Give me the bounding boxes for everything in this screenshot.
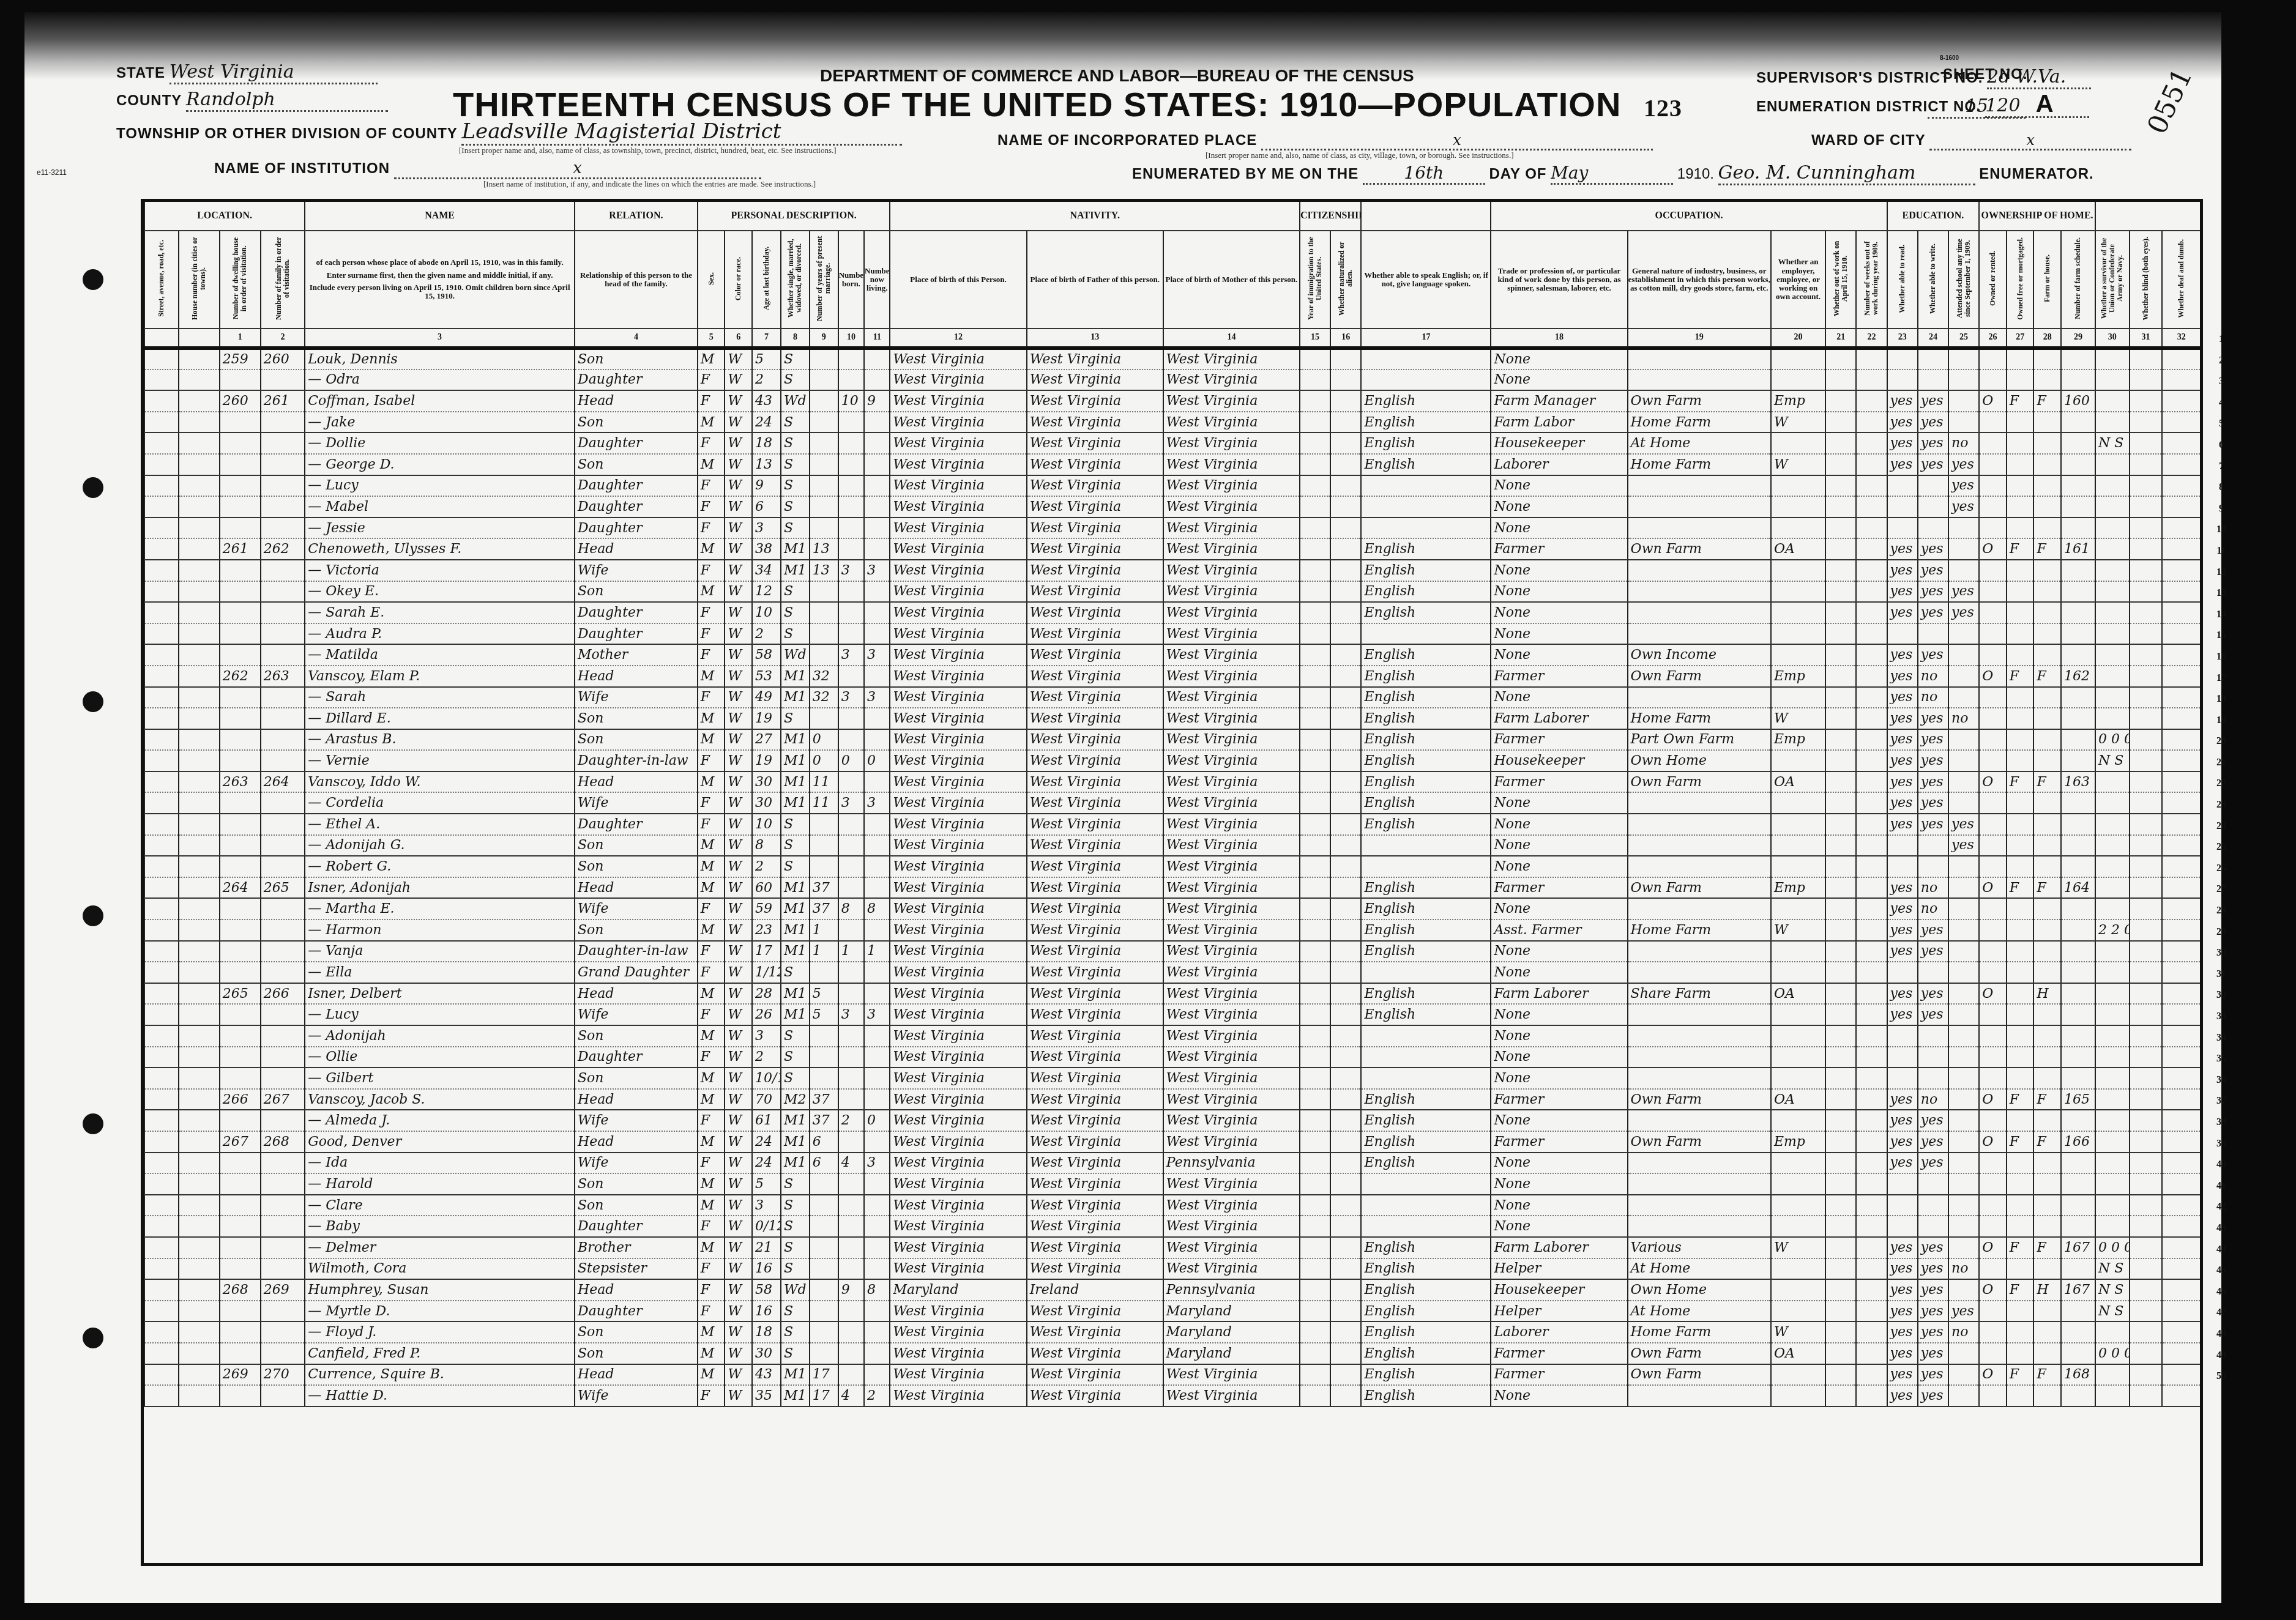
cell-bp: West Virginia [890,983,1026,1005]
cell-read: yes [1887,581,1918,603]
cell-living [864,1321,890,1343]
cell-bpm: West Virginia [1163,496,1300,518]
cell-age: 18 [752,1321,781,1343]
cell-living [864,433,890,454]
cell-write: yes [1918,792,1948,814]
cell-age: 53 [752,666,781,687]
cell-color: W [725,518,752,539]
cell-fh [2033,1110,2061,1131]
cell-trade: Farm Laborer [1491,983,1627,1005]
cell-bpf: West Virginia [1027,983,1163,1005]
cell-industry [1628,1047,1771,1068]
cell-oow [1825,856,1856,877]
cell-own [1979,1321,2007,1343]
line-number: 23 [2209,795,2234,816]
cell-own [1979,1047,2007,1068]
cell-house [179,1131,220,1153]
cell-write: yes [1918,1321,1948,1343]
cell-bpf: West Virginia [1027,708,1163,729]
table-row: — Myrtle D.DaughterFW16SWest VirginiaWes… [144,1301,2200,1322]
cell-living: 9 [864,390,890,412]
cell-codes [2095,1173,2130,1195]
cell-family [261,623,305,645]
cell-age: 19 [752,708,781,729]
cell-bp: West Virginia [890,687,1026,708]
cell-relation: Head [575,1364,698,1386]
table-row: — HaroldSonMW5SWest VirginiaWest Virgini… [144,1173,2200,1195]
cell-emp [1771,370,1825,391]
cell-sched [2061,1385,2095,1406]
cell-bpm: West Virginia [1163,1089,1300,1110]
cell-deaf [2162,771,2200,793]
cell-bpf: West Virginia [1027,835,1163,856]
cell-industry: Own Farm [1628,877,1771,899]
line-number: 38 [2209,1112,2234,1134]
cell-read: yes [1887,1153,1918,1174]
cell-house [179,666,220,687]
cell-dwelling [220,750,261,771]
cell-industry [1628,581,1771,603]
cell-born [838,370,864,391]
cell-industry [1628,792,1771,814]
cell-born [838,962,864,983]
cell-yrs [810,1068,838,1089]
cell-write: yes [1918,920,1948,941]
cell-deaf [2162,1068,2200,1089]
column-number: 4 [575,329,698,348]
cell-bpm: West Virginia [1163,687,1300,708]
group-occupation: OCCUPATION. [1491,202,1887,231]
cell-nat [1330,1089,1361,1110]
cell-read [1887,370,1918,391]
cell-own [1979,454,2007,475]
cell-mort [2007,644,2034,666]
cell-imm [1300,1321,1330,1343]
cell-living [864,729,890,751]
cell-bpm: West Virginia [1163,1047,1300,1068]
cell-mort [2007,475,2034,497]
cell-school: yes [1948,475,1979,497]
cell-weeks [1856,623,1887,645]
line-number: 7 [2209,456,2234,478]
cell-street [144,708,179,729]
cell-lang: English [1361,687,1491,708]
cell-street [144,750,179,771]
cell-age: 16 [752,1258,781,1280]
cell-living [864,1364,890,1386]
cell-trade: None [1491,623,1627,645]
cell-age: 24 [752,412,781,433]
cell-codes: N S [2095,1258,2130,1280]
cell-name: — Adonijah G. [305,835,575,856]
cell-relation: Son [575,454,698,475]
cell-nat [1330,1131,1361,1153]
cell-lang: English [1361,1301,1491,1322]
cell-sched [2061,1025,2095,1047]
cell-family [261,1321,305,1343]
cell-blind [2130,1364,2163,1386]
cell-bp: West Virginia [890,941,1026,962]
cell-color: W [725,1173,752,1195]
cell-color: W [725,496,752,518]
cell-blind [2130,729,2163,751]
cell-bp: West Virginia [890,1343,1026,1364]
cell-imm [1300,390,1330,412]
cell-living [864,1089,890,1110]
column-number: 3 [305,329,575,348]
cell-born [838,475,864,497]
cell-weeks [1856,1025,1887,1047]
cell-yrs [810,1258,838,1280]
cell-read: yes [1887,920,1918,941]
cell-house [179,1110,220,1131]
cell-sched [2061,623,2095,645]
cell-yrs: 6 [810,1131,838,1153]
cell-street [144,1321,179,1343]
cell-trade: Housekeeper [1491,750,1627,771]
cell-fh: F [2033,538,2061,560]
cell-bpf: West Virginia [1027,348,1163,370]
cell-bpm: Maryland [1163,1301,1300,1322]
cell-codes [2095,1131,2130,1153]
cell-street [144,496,179,518]
cell-born [838,1068,864,1089]
cell-bpf: West Virginia [1027,644,1163,666]
cell-weeks [1856,898,1887,920]
cell-name: — George D. [305,454,575,475]
day-of-label: DAY OF [1489,166,1546,182]
cell-trade: Farmer [1491,1131,1627,1153]
cell-lang: English [1361,560,1491,581]
cell-emp [1771,814,1825,835]
cell-mort [2007,496,2034,518]
cell-born [838,1131,864,1153]
cell-house [179,1237,220,1258]
cell-dwelling [220,518,261,539]
cell-bpm: West Virginia [1163,348,1300,370]
cell-trade: None [1491,602,1627,623]
cell-own [1979,1195,2007,1216]
cell-living [864,412,890,433]
cell-oow [1825,1004,1856,1025]
cell-write: yes [1918,1258,1948,1280]
cell-family [261,475,305,497]
cell-house [179,835,220,856]
cell-emp [1771,518,1825,539]
cell-school: no [1948,1258,1979,1280]
cell-oow [1825,390,1856,412]
cell-mort [2007,792,2034,814]
cell-codes [2095,1153,2130,1174]
col-trade: Trade or profession of, or particular ki… [1491,231,1627,329]
cell-dwelling [220,496,261,518]
column-number: 21 [1825,329,1856,348]
cell-house [179,370,220,391]
cell-industry [1628,898,1771,920]
cell-color: W [725,1110,752,1131]
cell-name: — Hattie D. [305,1385,575,1406]
cell-blind [2130,560,2163,581]
cell-dwelling [220,454,261,475]
cell-fh [2033,412,2061,433]
cell-nat [1330,348,1361,370]
cell-lang: English [1361,1343,1491,1364]
cell-school [1948,1237,1979,1258]
cell-bpf: West Virginia [1027,1025,1163,1047]
cell-codes [2095,370,2130,391]
line-number: 1 [2209,329,2234,351]
cell-deaf [2162,518,2200,539]
line-number: 31 [2209,964,2234,986]
cell-own [1979,1385,2007,1406]
cell-industry [1628,602,1771,623]
cell-fh [2033,708,2061,729]
cell-bpf: West Virginia [1027,1089,1163,1110]
cell-school [1948,1025,1979,1047]
cell-emp [1771,644,1825,666]
cell-lang: English [1361,1110,1491,1131]
cell-nat [1330,856,1361,877]
cell-imm [1300,687,1330,708]
cell-codes [2095,1089,2130,1110]
line-number: 37 [2209,1091,2234,1112]
cell-write: yes [1918,644,1948,666]
cell-born [838,412,864,433]
cell-bpf: West Virginia [1027,370,1163,391]
cell-own [1979,835,2007,856]
cell-name: — Vernie [305,750,575,771]
cell-born [838,433,864,454]
cell-house [179,877,220,899]
cell-trade: Housekeeper [1491,1279,1627,1301]
cell-own [1979,1110,2007,1131]
cell-school: no [1948,1321,1979,1343]
cell-imm [1300,581,1330,603]
col-mortgaged: Owned free or mortgaged. [2007,231,2034,329]
cell-imm [1300,1364,1330,1386]
cell-street [144,390,179,412]
cell-oow [1825,1258,1856,1280]
cell-born [838,348,864,370]
cell-relation: Daughter [575,370,698,391]
cell-yrs: 37 [810,1089,838,1110]
cell-fh [2033,496,2061,518]
cell-blind [2130,687,2163,708]
cell-house [179,856,220,877]
cell-color: W [725,1025,752,1047]
cell-weeks [1856,920,1887,941]
column-number: 5 [698,329,725,348]
cell-house [179,898,220,920]
cell-dwelling [220,602,261,623]
cell-read [1887,1068,1918,1089]
cell-sched [2061,433,2095,454]
cell-deaf [2162,1279,2200,1301]
cell-color: W [725,1004,752,1025]
cell-imm [1300,1068,1330,1089]
cell-born [838,814,864,835]
cell-living: 3 [864,560,890,581]
cell-sex: M [698,581,725,603]
table-row: — Almeda J.WifeFW61M13720West VirginiaWe… [144,1110,2200,1131]
cell-own [1979,1301,2007,1322]
cell-weeks [1856,1173,1887,1195]
cell-school [1948,983,1979,1005]
ward-value: x [1929,132,2131,150]
cell-sex: F [698,1216,725,1237]
cell-sex: M [698,708,725,729]
cell-street [144,1089,179,1110]
cell-bpm: West Virginia [1163,602,1300,623]
ward-field: WARD OF CITY x [1811,132,2131,150]
cell-fh [2033,941,2061,962]
enumerated-day: 16th [1363,163,1485,185]
cell-fh: F [2033,771,2061,793]
cell-sex: M [698,1025,725,1047]
cell-codes [2095,518,2130,539]
cell-house [179,792,220,814]
cell-age: 30 [752,1343,781,1364]
cell-relation: Brother [575,1237,698,1258]
supervisor-field: SUPERVISOR'S DISTRICT NO. 2d W.Va. [1756,66,2091,89]
cell-school [1948,962,1979,983]
institution-instruction: [Insert name of institution, if any, and… [483,179,816,189]
cell-age: 30 [752,792,781,814]
cell-family [261,1237,305,1258]
cell-bpm: West Virginia [1163,1216,1300,1237]
cell-nat [1330,1321,1361,1343]
cell-bpm: West Virginia [1163,412,1300,433]
col-relation: Relationship of this person to the head … [575,231,698,329]
cell-read: yes [1887,792,1918,814]
cell-family [261,602,305,623]
cell-living: 3 [864,644,890,666]
cell-marital: M1 [781,983,810,1005]
cell-sched [2061,475,2095,497]
cell-read: yes [1887,1110,1918,1131]
cell-emp: W [1771,454,1825,475]
cell-sched [2061,1110,2095,1131]
cell-nat [1330,1385,1361,1406]
cell-dwelling [220,1195,261,1216]
table-row: — Floyd J.SonMW18SWest VirginiaWest Virg… [144,1321,2200,1343]
cell-oow [1825,1385,1856,1406]
cell-dwelling [220,560,261,581]
cell-living [864,1025,890,1047]
cell-street [144,729,179,751]
cell-imm [1300,877,1330,899]
cell-codes [2095,835,2130,856]
cell-street [144,666,179,687]
cell-yrs [810,1047,838,1068]
cell-deaf [2162,1321,2200,1343]
cell-codes [2095,708,2130,729]
line-number: 36 [2209,1070,2234,1091]
cell-born: 0 [838,750,864,771]
cell-mort [2007,1301,2034,1322]
cell-trade: Farmer [1491,538,1627,560]
cell-trade: None [1491,1025,1627,1047]
cell-street [144,433,179,454]
cell-weeks [1856,348,1887,370]
cell-color: W [725,623,752,645]
cell-blind [2130,898,2163,920]
cell-house [179,538,220,560]
cell-bpm: Maryland [1163,1321,1300,1343]
cell-industry [1628,962,1771,983]
cell-name: — Victoria [305,560,575,581]
cell-yrs [810,348,838,370]
col-weeks-out: Number of weeks out of work during year … [1856,231,1887,329]
binder-hole [83,1328,103,1348]
cell-blind [2130,1237,2163,1258]
cell-mort [2007,454,2034,475]
cell-nat [1330,623,1361,645]
cell-trade: Farm Laborer [1491,708,1627,729]
cell-sex: F [698,370,725,391]
cell-yrs: 37 [810,898,838,920]
cell-family: 265 [261,877,305,899]
cell-own [1979,1216,2007,1237]
cell-relation: Daughter [575,1301,698,1322]
cell-read [1887,1195,1918,1216]
cell-dwelling [220,729,261,751]
cell-fh: F [2033,1131,2061,1153]
cell-emp [1771,687,1825,708]
cell-relation: Daughter [575,518,698,539]
cell-mort [2007,1385,2034,1406]
cell-codes: N S [2095,750,2130,771]
line-number: 39 [2209,1134,2234,1155]
cell-school [1948,1216,1979,1237]
cell-weeks [1856,1089,1887,1110]
cell-weeks [1856,729,1887,751]
cell-marital: M1 [781,750,810,771]
cell-street [144,538,179,560]
cell-relation: Son [575,835,698,856]
cell-bp: West Virginia [890,792,1026,814]
cell-color: W [725,644,752,666]
cell-imm [1300,1047,1330,1068]
cell-color: W [725,771,752,793]
cell-deaf [2162,454,2200,475]
line-number: 24 [2209,816,2234,838]
cell-age: 58 [752,1279,781,1301]
cell-write: yes [1918,433,1948,454]
cell-trade: None [1491,792,1627,814]
cell-house [179,412,220,433]
cell-sex: F [698,644,725,666]
cell-read [1887,623,1918,645]
cell-bpf: West Virginia [1027,390,1163,412]
cell-born [838,1173,864,1195]
cell-bpm: West Virginia [1163,518,1300,539]
cell-relation: Son [575,708,698,729]
cell-bp: West Virginia [890,1110,1026,1131]
cell-born: 9 [838,1279,864,1301]
cell-trade: None [1491,814,1627,835]
cell-yrs [810,962,838,983]
stamp-number: 123 [1644,94,1682,122]
cell-weeks [1856,475,1887,497]
cell-mort: F [2007,390,2034,412]
cell-imm [1300,1025,1330,1047]
cell-relation: Head [575,983,698,1005]
cell-imm [1300,983,1330,1005]
cell-deaf [2162,581,2200,603]
cell-fh [2033,814,2061,835]
cell-mort: F [2007,666,2034,687]
